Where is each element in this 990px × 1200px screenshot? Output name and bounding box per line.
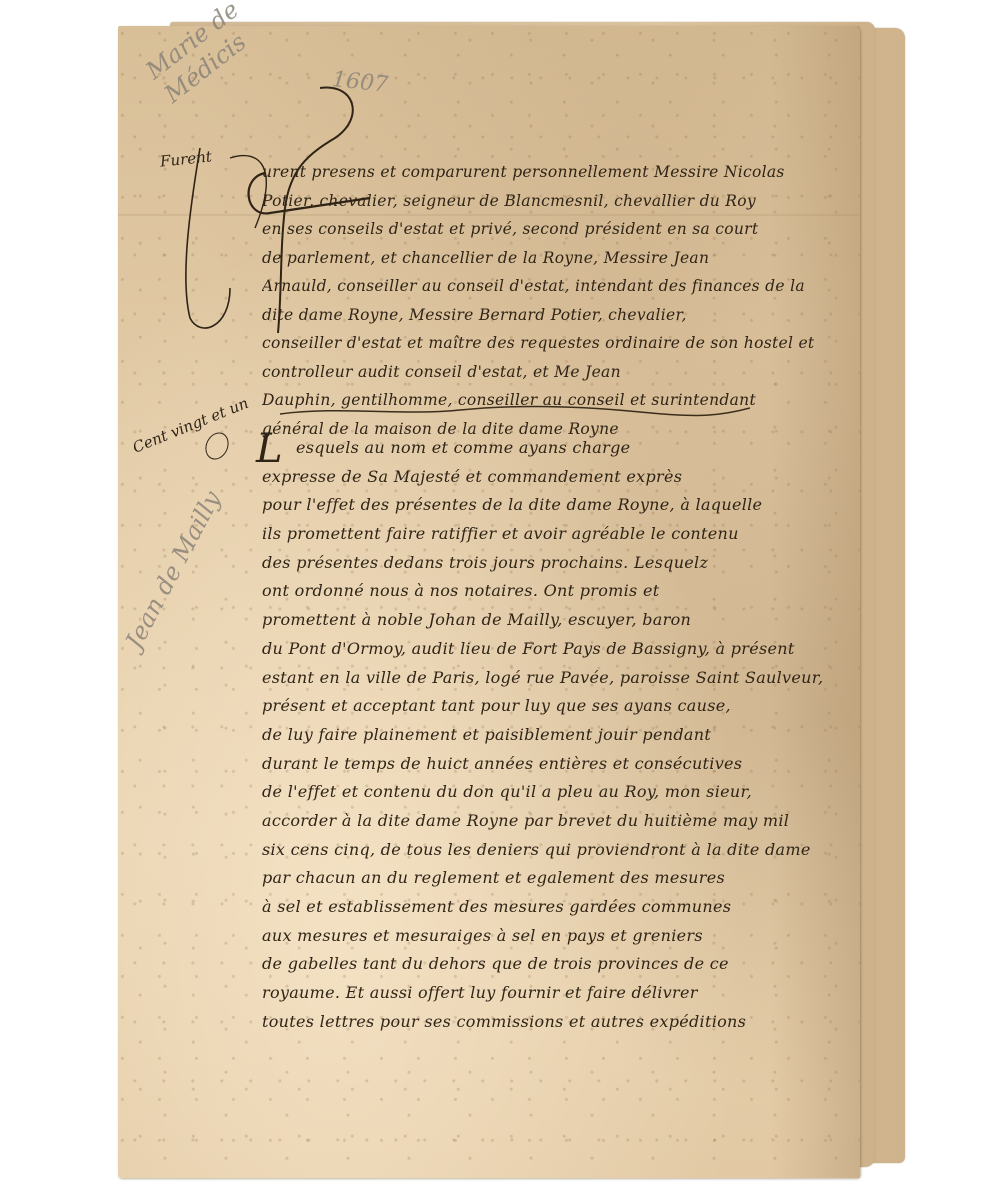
flourish-separator-icon: [280, 404, 750, 418]
text-line: de gabelles tant du dehors que de trois …: [262, 950, 832, 979]
text-line: promettent à noble Johan de Mailly, escu…: [262, 606, 832, 635]
text-line: dite dame Royne, Messire Bernard Potier,…: [262, 301, 822, 330]
text-line: aux mesures et mesuraiges à sel en pays …: [262, 922, 832, 951]
text-line: des présentes dedans trois jours prochai…: [262, 549, 832, 578]
text-line: royaume. Et aussi offert luy fournir et …: [262, 979, 832, 1008]
text-line: accorder à la dite dame Royne par brevet…: [262, 807, 832, 836]
text-line: six cens cinq, de tous les deniers qui p…: [262, 836, 832, 865]
text-line: durant le temps de huict années entières…: [262, 750, 832, 779]
text-line: de l'effet et contenu du don qu'il a ple…: [262, 778, 832, 807]
text-line: ils promettent faire ratiffier et avoir …: [262, 520, 832, 549]
text-line: expresse de Sa Majesté et commandement e…: [262, 463, 832, 492]
text-line: ont ordonné nous à nos notaires. Ont pro…: [262, 577, 832, 606]
text-line: controlleur audit conseil d'estat, et Me…: [262, 358, 822, 387]
text-line: présent et acceptant tant pour luy que s…: [262, 692, 832, 721]
text-line: estant en la ville de Paris, logé rue Pa…: [262, 664, 832, 693]
text-line: en ses conseils d'estat et privé, second…: [262, 215, 822, 244]
text-line: urent presens et comparurent personnelle…: [262, 158, 822, 187]
text-line: par chacun an du reglement et egalement …: [262, 864, 832, 893]
text-line: de parlement, et chancellier de la Royne…: [262, 244, 822, 273]
paragraph-2: esquels au nom et comme ayans charge exp…: [262, 434, 832, 1036]
text-line: à sel et establissement des mesures gard…: [262, 893, 832, 922]
paragraph-1: urent presens et comparurent personnelle…: [262, 158, 822, 443]
text-line: toutes lettres pour ses commissions et a…: [262, 1008, 832, 1037]
text-line: Arnauld, conseiller au conseil d'estat, …: [262, 272, 822, 301]
text-line: de luy faire plainement et paisiblement …: [262, 721, 832, 750]
text-line: Potier, chevalier, seigneur de Blancmesn…: [262, 187, 822, 216]
text-line: esquels au nom et comme ayans charge: [262, 434, 832, 463]
text-line: du Pont d'Ormoy, audit lieu de Fort Pays…: [262, 635, 832, 664]
text-line: conseiller d'estat et maître des request…: [262, 329, 822, 358]
text-line: pour l'effet des présentes de la dite da…: [262, 491, 832, 520]
